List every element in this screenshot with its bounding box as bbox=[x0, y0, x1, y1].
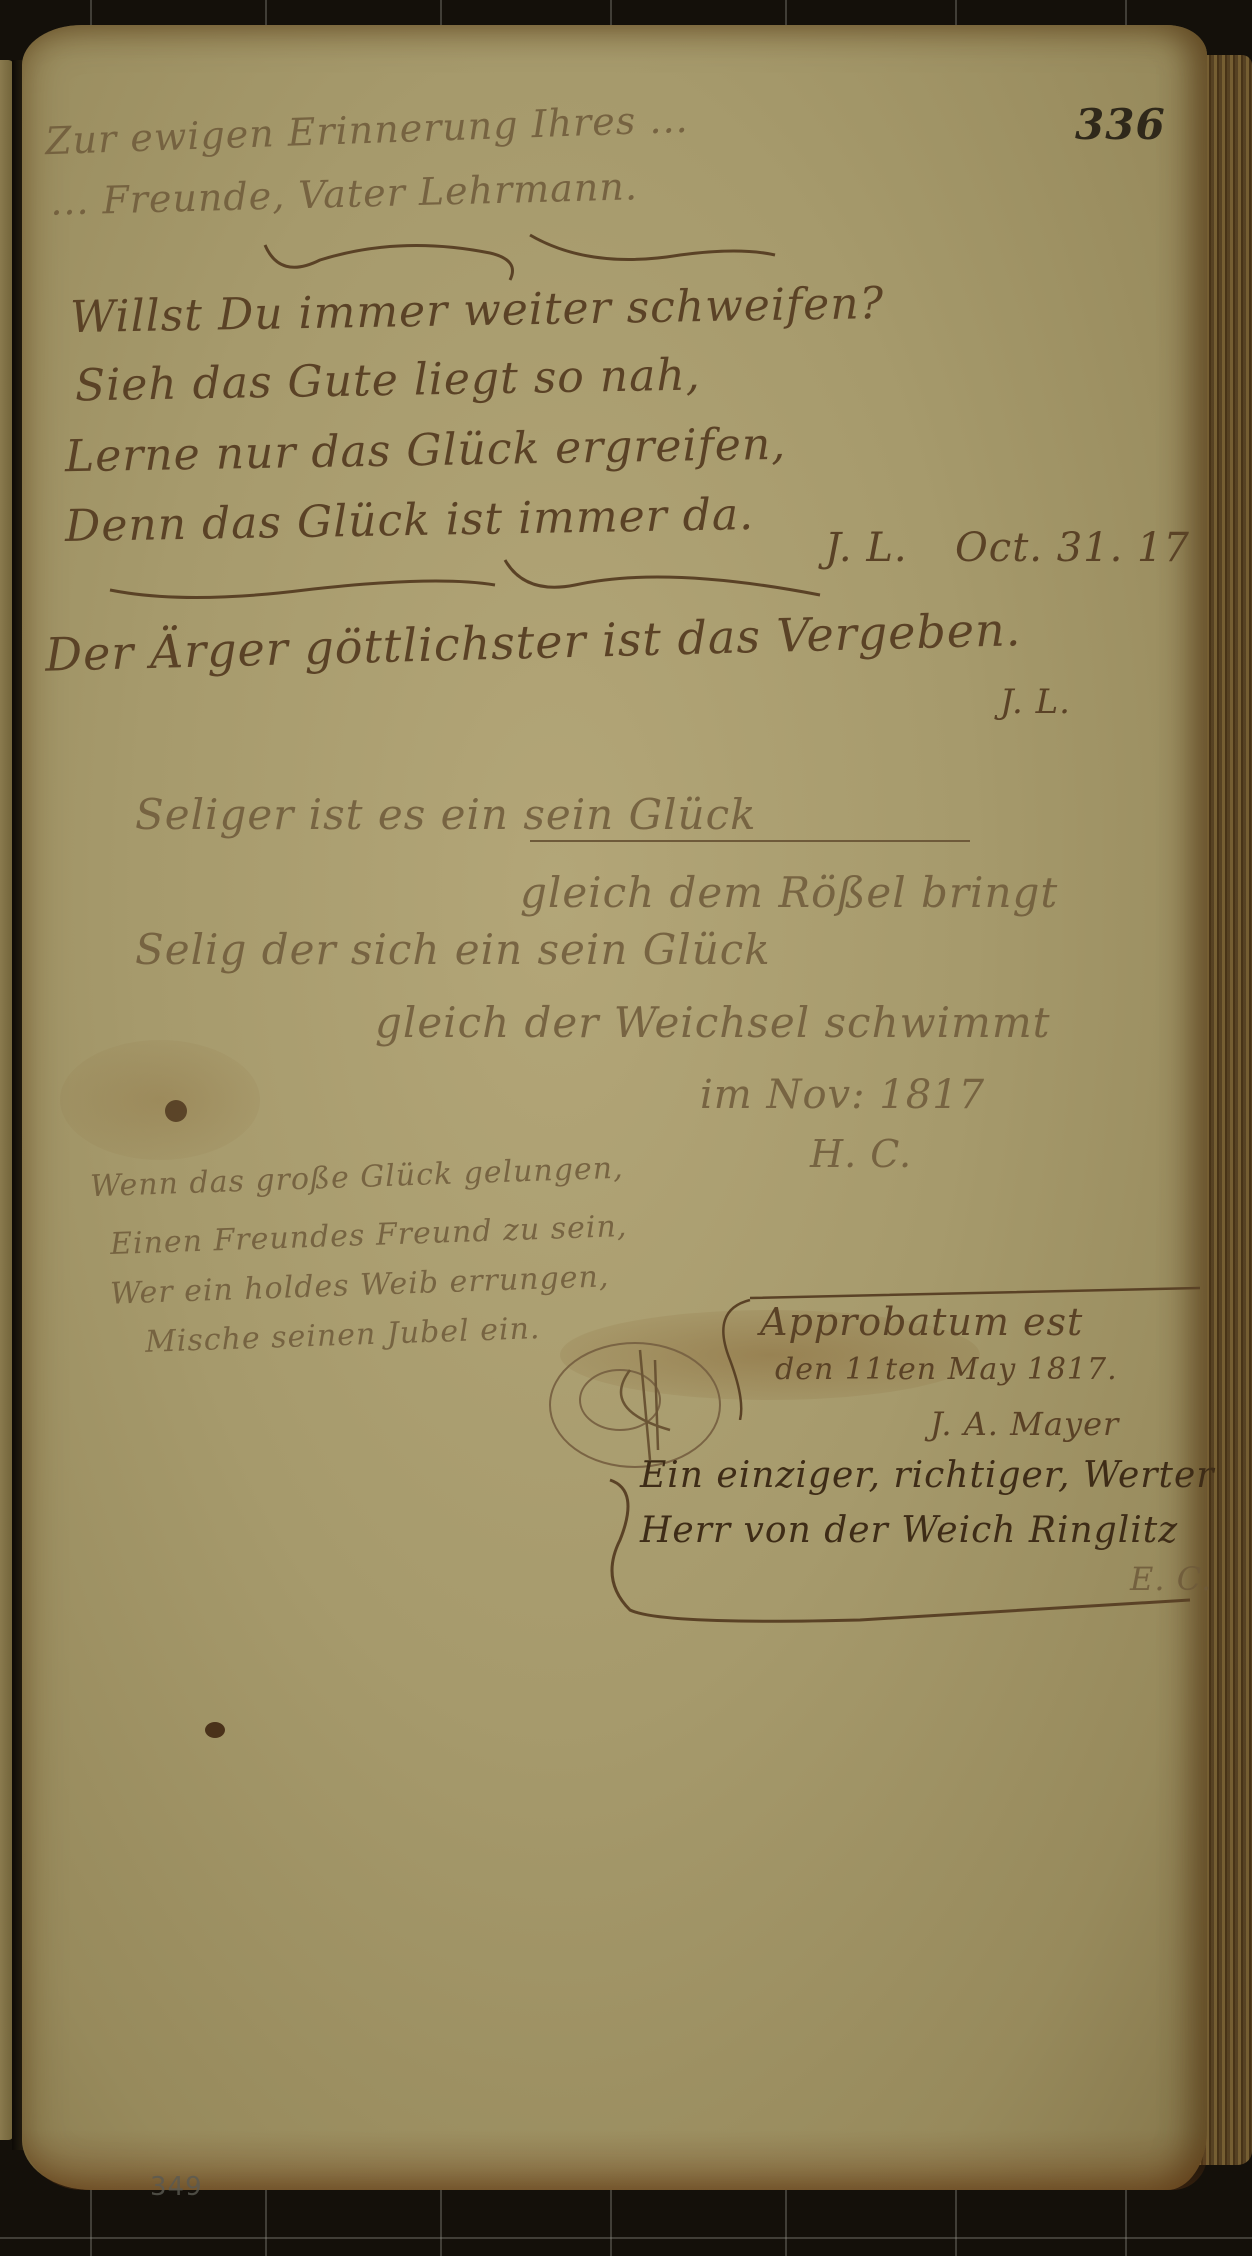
poem-2-date: im Nov: 1817 bbox=[700, 1072, 985, 1118]
pencil-page-number: 349 bbox=[150, 2172, 203, 2202]
ink-blot bbox=[165, 1100, 187, 1122]
closing-line-1: Ein einziger, richtiger, Werter bbox=[640, 1455, 1215, 1496]
poem-2-line-4: gleich der Weichsel schwimmt bbox=[375, 998, 1051, 1047]
poem-2-signature: H. C. bbox=[810, 1132, 912, 1176]
grid-line bbox=[0, 2237, 1252, 2239]
water-stain bbox=[60, 1040, 260, 1160]
underline bbox=[530, 840, 970, 842]
poem-1-date: Oct. 31. 17 bbox=[955, 525, 1190, 571]
poem-1-line-2: Sieh das Gute liegt so nah, bbox=[75, 350, 702, 412]
closing-line-2: Herr von der Weich Ringlitz bbox=[640, 1510, 1178, 1551]
approval-line-2: den 11ten May 1817. bbox=[775, 1352, 1118, 1387]
folio-number: 336 bbox=[1075, 100, 1166, 149]
approval-line-1: Approbatum est bbox=[760, 1300, 1083, 1344]
poem-2-line-1: Seliger ist es ein sein Glück bbox=[135, 790, 757, 839]
closing-initials: E. C. bbox=[1130, 1560, 1212, 1598]
poem-2-line-2: gleich dem Rößel bringt bbox=[520, 868, 1058, 917]
ink-blot bbox=[205, 1722, 225, 1738]
poem-2-line-3: Selig der sich ein sein Glück bbox=[135, 925, 771, 974]
motto-signature: J. L. bbox=[1000, 682, 1071, 722]
manuscript-photo: 336 Zur ewigen Erinnerung Ihres ... ... … bbox=[0, 0, 1252, 2256]
approval-signature: J. A. Mayer bbox=[930, 1405, 1119, 1443]
poem-1-signature: J. L. bbox=[825, 525, 908, 571]
